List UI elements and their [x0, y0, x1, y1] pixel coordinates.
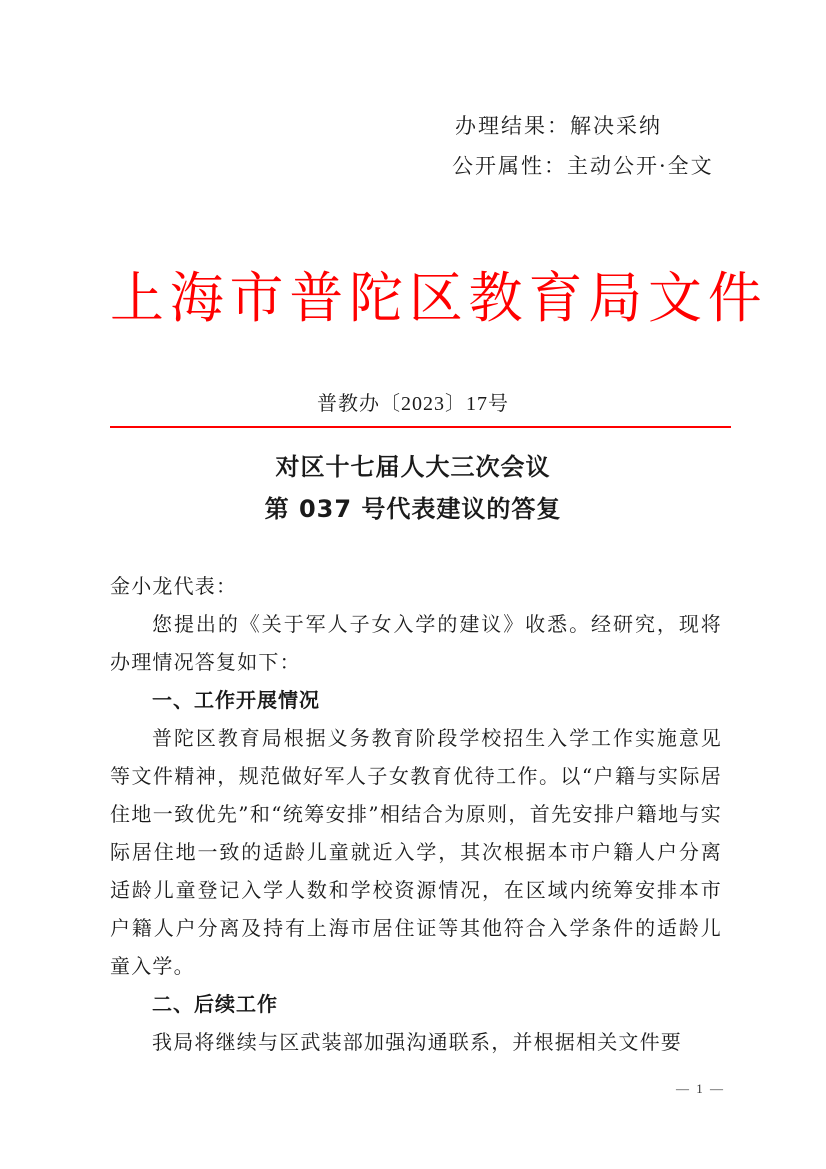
document-body: 金小龙代表： 您提出的《关于军人子女入学的建议》收悉。经研究，现将办理情况答复如… — [110, 567, 722, 1061]
section-heading-1: 一、工作开展情况 — [110, 681, 722, 719]
document-heading-line1: 对区十七届人大三次会议 — [0, 452, 826, 482]
section-heading-2: 二、后续工作 — [110, 985, 722, 1023]
salutation: 金小龙代表： — [110, 567, 722, 605]
red-divider — [110, 426, 731, 428]
letterhead-title: 上海市普陀区教育局文件 — [110, 266, 713, 330]
document-page: 办理结果：解决采纳 公开属性：主动公开·全文 上海市普陀区教育局文件 普教办〔2… — [0, 0, 826, 1169]
section-2-paragraph: 我局将继续与区武装部加强沟通联系，并根据相关文件要 — [110, 1023, 722, 1061]
intro-paragraph: 您提出的《关于军人子女入学的建议》收悉。经研究，现将办理情况答复如下： — [110, 605, 722, 681]
page-number: — 1 — — [676, 1081, 725, 1097]
document-heading-line2: 第 037 号代表建议的答复 — [0, 494, 826, 524]
handling-result-label: 办理结果： — [455, 114, 570, 138]
handling-result-value: 解决采纳 — [570, 114, 662, 138]
document-number: 普教办〔2023〕17号 — [0, 387, 826, 416]
handling-result: 办理结果：解决采纳 — [455, 114, 662, 138]
disclosure-attribute: 公开属性：主动公开·全文 — [452, 154, 714, 178]
disclosure-value: 主动公开·全文 — [567, 154, 714, 178]
disclosure-label: 公开属性： — [452, 154, 567, 178]
section-1-paragraph: 普陀区教育局根据义务教育阶段学校招生入学工作实施意见等文件精神，规范做好军人子女… — [110, 719, 722, 985]
